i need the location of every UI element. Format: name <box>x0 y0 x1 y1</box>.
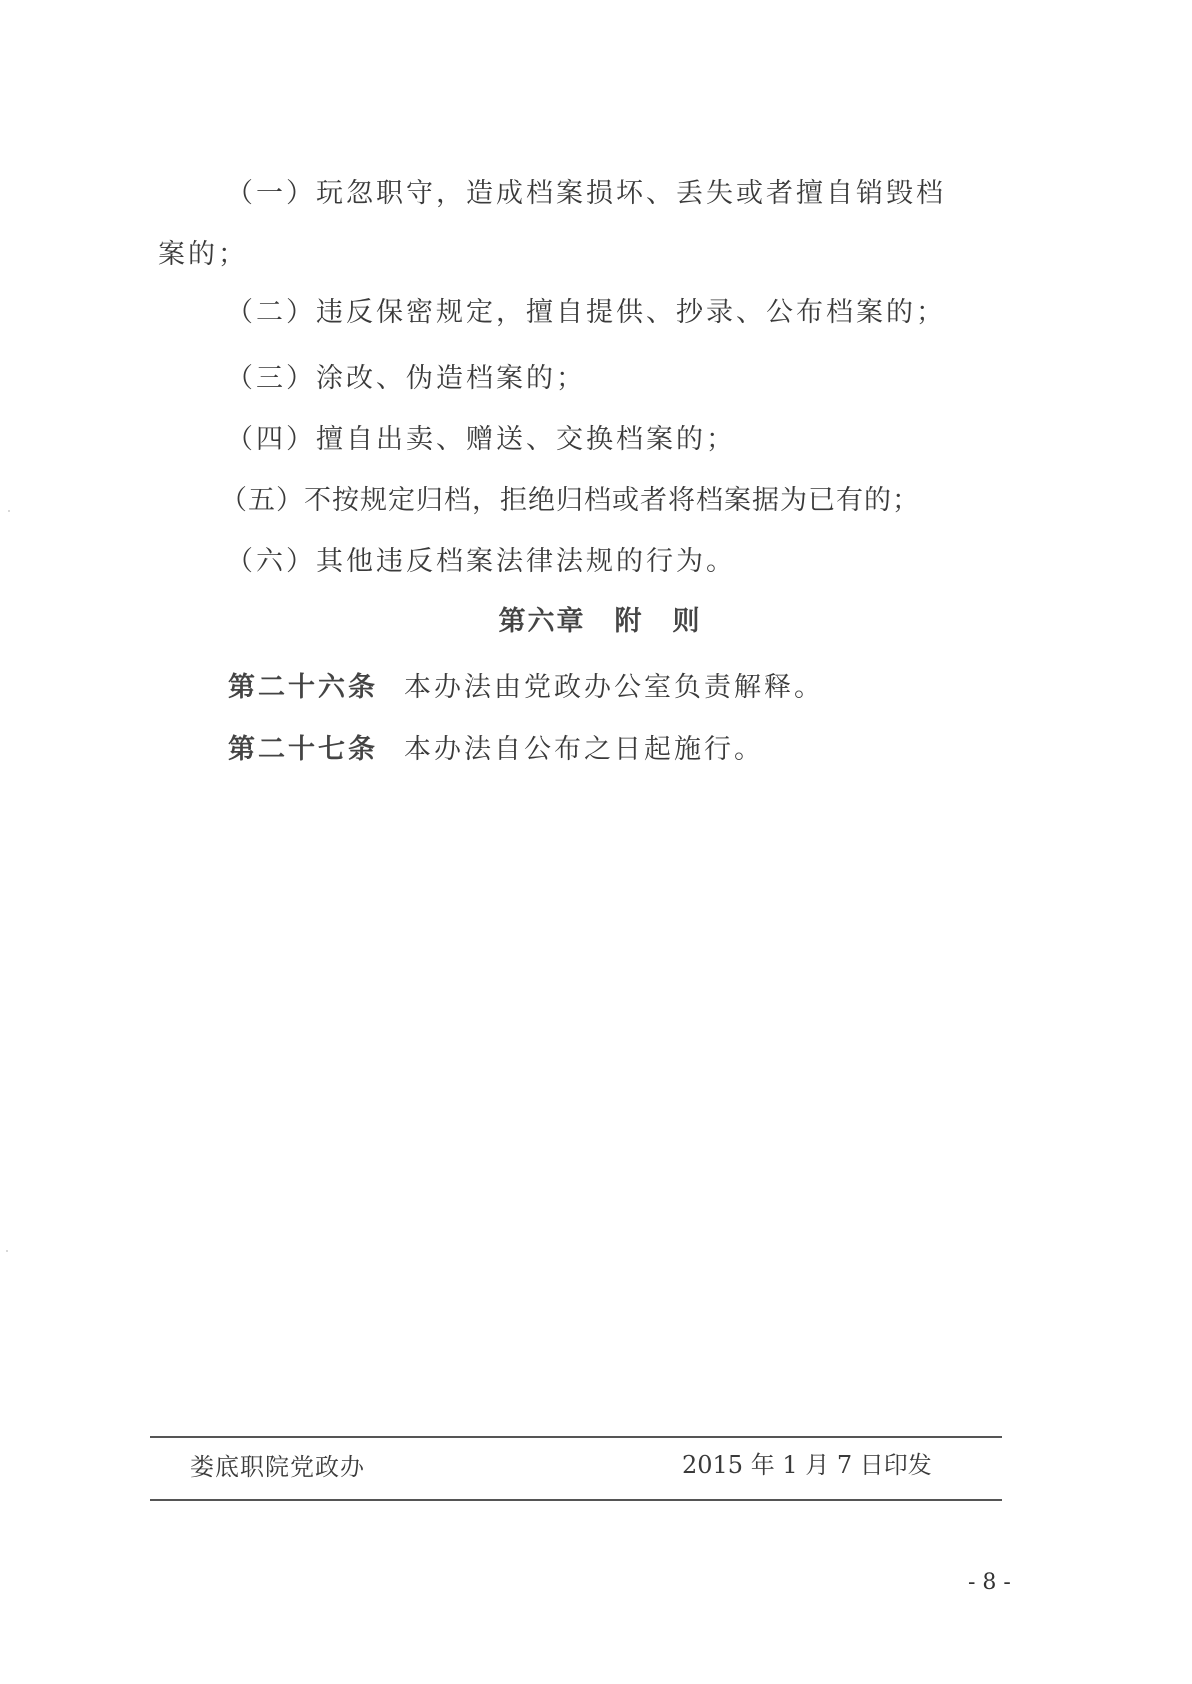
footer-issue-date: 2015 年 1 月 7 日印发 <box>682 1450 932 1480</box>
page-number: - 8 - <box>968 1570 1011 1596</box>
article-number: 第二十六条 <box>228 672 378 703</box>
list-item-4: （四）擅自出卖、赠送、交换档案的； <box>226 423 736 457</box>
article-26: 第二十六条本办法由党政办公室负责解释。 <box>228 671 824 705</box>
article-text: 本办法自公布之日起施行。 <box>404 734 764 765</box>
article-27: 第二十七条本办法自公布之日起施行。 <box>228 733 764 767</box>
footer-issuer: 娄底职院党政办 <box>190 1452 365 1482</box>
article-number: 第二十七条 <box>228 734 378 765</box>
chapter-heading: 第六章 附 则 <box>0 605 1192 639</box>
footer-top-rule <box>150 1436 1002 1438</box>
list-item-2: （二）违反保密规定，擅自提供、抄录、公布档案的； <box>226 296 946 330</box>
list-item-1-continuation: 案的； <box>158 238 248 272</box>
list-item-1: （一）玩忽职守，造成档案损坏、丢失或者擅自销毁档 <box>226 177 946 211</box>
article-text: 本办法由党政办公室负责解释。 <box>404 672 824 703</box>
scan-speck <box>8 510 10 512</box>
list-item-3: （三）涂改、伪造档案的； <box>226 362 586 396</box>
list-item-6: （六）其他违反档案法律法规的行为。 <box>226 545 736 579</box>
list-item-5: （五）不按规定归档，拒绝归档或者将档案据为已有的； <box>220 484 920 518</box>
scan-speck <box>6 1250 8 1252</box>
footer-bottom-rule <box>150 1499 1002 1501</box>
